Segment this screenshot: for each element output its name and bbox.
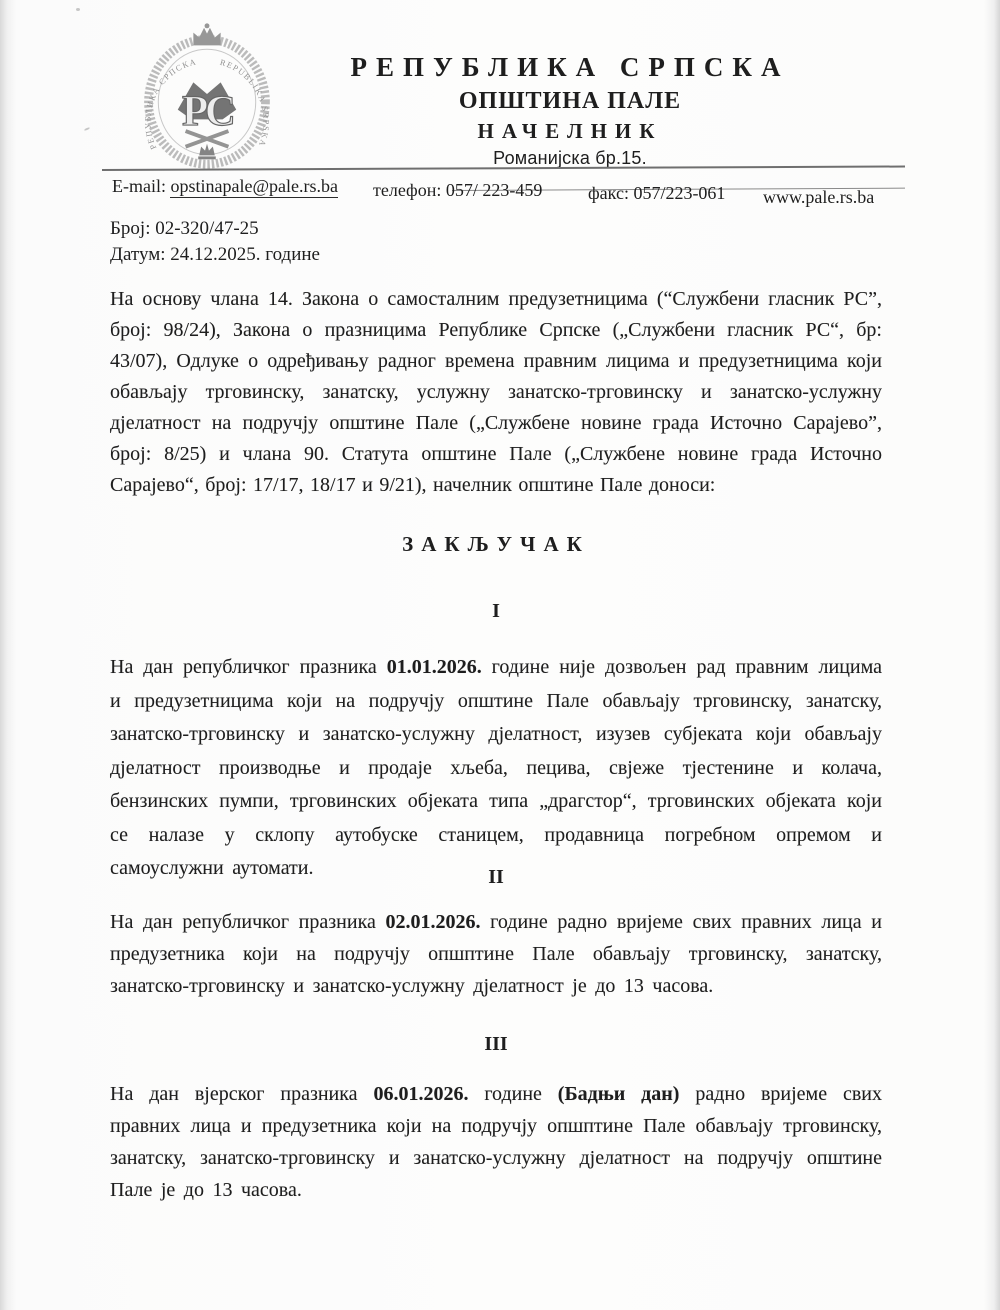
letterhead: РЕПУБЛИКА СРПСКА ОПШТИНА ПАЛЕ НАЧЕЛНИК Р…	[270, 54, 870, 167]
scan-speck	[84, 127, 90, 131]
republika-srpska-emblem: РЕПУБЛИКА СРПСКА REPUBLIKA SRPSKA РС	[128, 20, 286, 172]
letterhead-municipality-title: ОПШТИНА ПАЛЕ	[270, 89, 870, 113]
contact-email: E-mail: opstinapale@pale.rs.ba	[112, 176, 338, 197]
crown-bottom-icon	[198, 144, 216, 160]
scan-speck	[76, 8, 80, 11]
section-paragraph-2: На дан републичког празника 02.01.2026. …	[110, 906, 882, 1002]
letterhead-street-address: Романијска бр.15.	[270, 149, 870, 167]
section-paragraph-1: На дан републичког празника 01.01.2026. …	[110, 651, 882, 886]
section-numeral-3: III	[110, 1033, 882, 1056]
section-numeral-1: I	[110, 600, 882, 623]
conclusion-title: ЗАКЉУЧАК	[110, 532, 882, 557]
document-date: Датум: 24.12.2025. године	[110, 242, 320, 268]
contact-website: www.pale.rs.ba	[763, 187, 874, 208]
section-paragraph-3: На дан вјерског празника 06.01.2026. год…	[110, 1078, 882, 1206]
emblem-monogram: РС	[182, 88, 233, 135]
contact-fax: факс: 057/223-061	[588, 183, 725, 204]
scanned-document-page: РЕПУБЛИКА СРПСКА REPUBLIKA SRPSKA РС РЕП…	[0, 0, 1000, 1310]
document-number: Број: 02-320/47-25	[110, 216, 320, 242]
letterhead-mayor-title: НАЧЕЛНИК	[270, 121, 870, 142]
contact-phone: телефон: 057/ 223-459	[373, 180, 542, 201]
section-numeral-2: II	[110, 866, 882, 889]
preamble-paragraph: На основу члана 14. Закона о самосталним…	[110, 284, 882, 501]
email-link[interactable]: opstinapale@pale.rs.ba	[170, 176, 338, 198]
email-label: E-mail:	[112, 176, 166, 196]
document-meta: Број: 02-320/47-25 Датум: 24.12.2025. го…	[110, 216, 320, 268]
letterhead-republic-title: РЕПУБЛИКА СРПСКА	[270, 54, 870, 81]
crown-top-icon	[193, 23, 220, 45]
